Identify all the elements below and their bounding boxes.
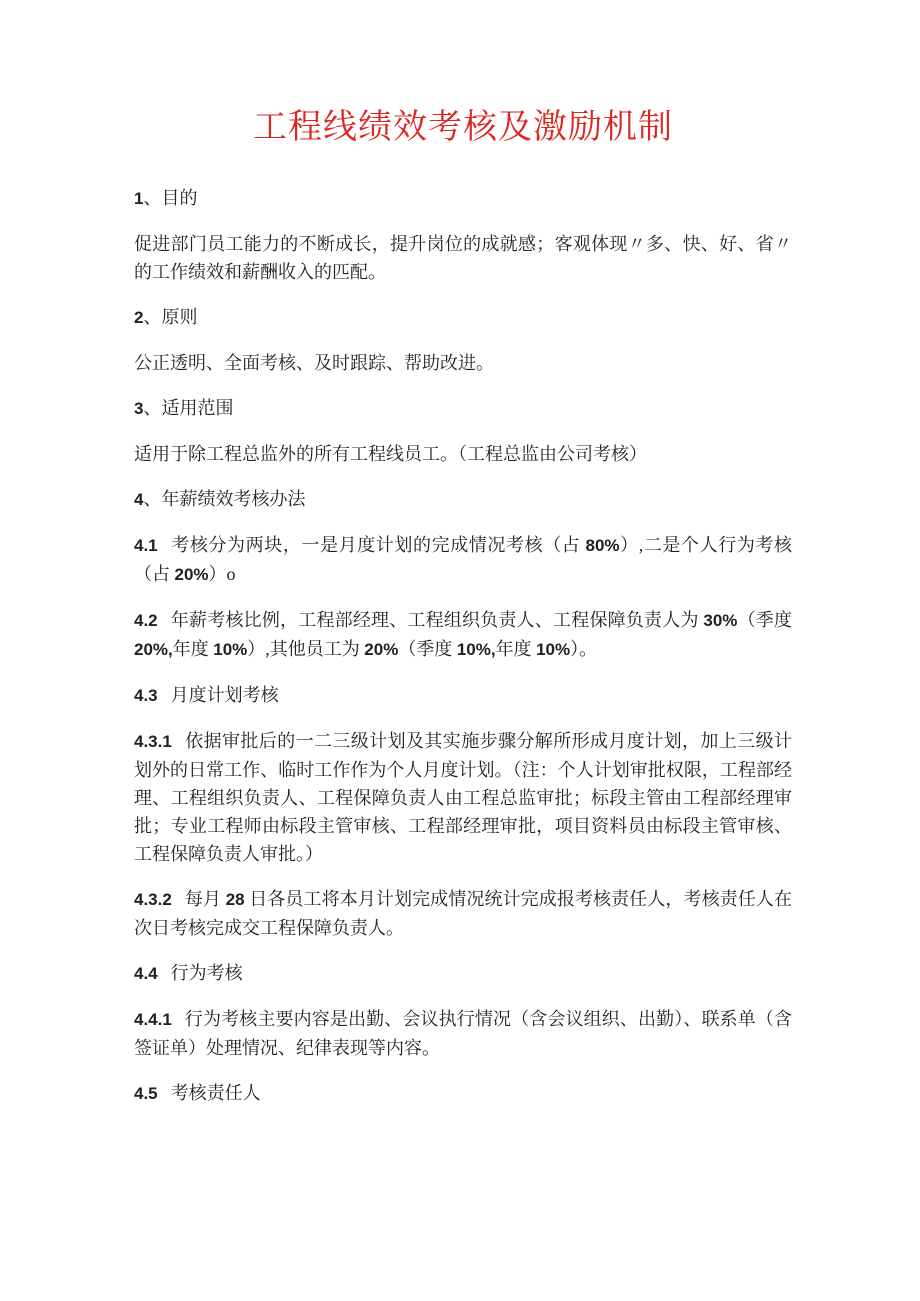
text-run: 适用于除工程总监外的所有工程线员工。（工程总监由公司考核） (134, 444, 647, 464)
text-run: 每月 (185, 889, 226, 909)
text-run: （季度 (398, 639, 457, 659)
text-run: 年度 (496, 639, 537, 659)
text-run: ）。 (570, 639, 597, 659)
document-body: 1、目的促进部门员工能力的不断成长，提升岗位的成就感；客观体现〃多、快、好、省〃… (134, 184, 792, 1108)
text-run: 4.4 (134, 964, 158, 983)
section-heading: 1、目的 (134, 184, 792, 213)
text-run: 、年薪绩效考核办法 (143, 489, 305, 509)
document-title: 工程线绩效考核及激励机制 (134, 108, 792, 148)
text-run: 4.5 (134, 1084, 158, 1103)
text-run: 、适用范围 (143, 398, 233, 418)
paragraph: 公正透明、全面考核、及时跟踪、帮助改进。 (134, 349, 792, 377)
document-page: 工程线绩效考核及激励机制 1、目的促进部门员工能力的不断成长，提升岗位的成就感；… (0, 0, 920, 1301)
text-run: 10% (536, 640, 570, 659)
text-run: 年度 (173, 639, 214, 659)
paragraph: 4.3.2每月 28 日各员工将本月计划完成情况统计完成报考核责任人，考核责任人… (134, 885, 792, 942)
text-run: 10%, (457, 640, 496, 659)
text-run: 促进部门员工能力的不断成长，提升岗位的成就感；客观体现〃多、快、好、省〃的工作绩… (134, 234, 792, 282)
paragraph: 4.1考核分为两块，一是月度计划的完成情况考核（占 80%）,二是个人行为考核（… (134, 531, 792, 589)
text-run: 30% (703, 611, 737, 630)
paragraph: 适用于除工程总监外的所有工程线员工。（工程总监由公司考核） (134, 440, 792, 468)
section-heading: 4.3月度计划考核 (134, 681, 792, 710)
text-run: 、原则 (143, 307, 197, 327)
text-run: （季度 (737, 610, 792, 630)
text-run: 80% (586, 536, 620, 555)
section-heading: 4.4行为考核 (134, 959, 792, 988)
text-run: 依据审批后的一二三级计划及其实施步骤分解所形成月度计划，加上三级计划外的日常工作… (134, 731, 792, 864)
text-run: 4.3.2 (134, 890, 172, 909)
text-run: 公正透明、全面考核、及时跟踪、帮助改进。 (134, 353, 494, 373)
text-run: 28 (226, 890, 245, 909)
paragraph: 4.2年薪考核比例，工程部经理、工程组织负责人、工程保障负责人为 30%（季度 … (134, 606, 792, 664)
text-run: ）,其他员工为 (247, 639, 364, 659)
text-run: 10% (213, 640, 247, 659)
text-run: 4.3.1 (134, 732, 172, 751)
paragraph: 4.3.1依据审批后的一二三级计划及其实施步骤分解所形成月度计划，加上三级计划外… (134, 727, 792, 868)
section-heading: 4.5考核责任人 (134, 1079, 792, 1108)
text-run: 4.2 (134, 611, 158, 630)
text-run: 月度计划考核 (171, 685, 279, 705)
text-run: 行为考核主要内容是出勤、会议执行情况（含会议组织、出勤）、联系单（含签证单）处理… (134, 1009, 792, 1058)
section-heading: 4、年薪绩效考核办法 (134, 485, 792, 514)
text-run: 考核责任人 (171, 1083, 261, 1103)
text-run: 20% (175, 565, 209, 584)
text-run: 4.1 (134, 536, 158, 555)
section-heading: 2、原则 (134, 303, 792, 332)
text-run: 、目的 (143, 188, 197, 208)
paragraph: 4.4.1行为考核主要内容是出勤、会议执行情况（含会议组织、出勤）、联系单（含签… (134, 1005, 792, 1062)
text-run: ）o (209, 564, 236, 584)
paragraph: 促进部门员工能力的不断成长，提升岗位的成就感；客观体现〃多、快、好、省〃的工作绩… (134, 230, 792, 286)
text-run: 20%, (134, 640, 173, 659)
text-run: 4.4.1 (134, 1010, 172, 1029)
section-heading: 3、适用范围 (134, 394, 792, 423)
text-run: 行为考核 (171, 963, 243, 983)
text-run: 考核分为两块，一是月度计划的完成情况考核（占 (171, 535, 586, 555)
text-run: 4.3 (134, 686, 158, 705)
text-run: 20% (364, 640, 398, 659)
text-run: 年薪考核比例，工程部经理、工程组织负责人、工程保障负责人为 (171, 610, 704, 630)
